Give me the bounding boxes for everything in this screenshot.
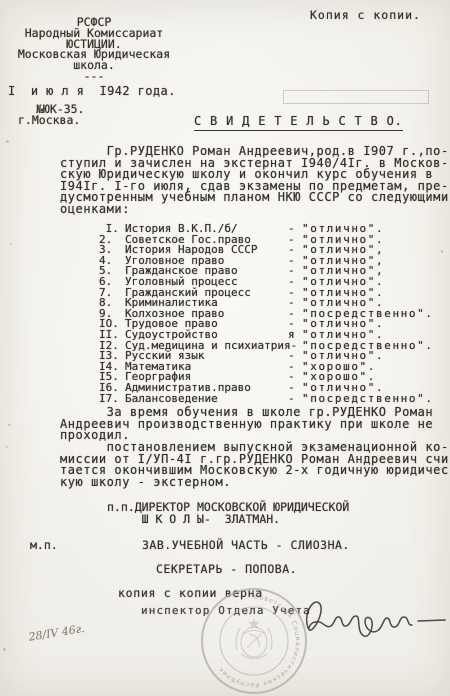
signature-dash [418,620,445,621]
scan-speck [6,140,9,143]
scan-speck [441,250,443,253]
round-stamp: Советских Социалистических Республик [197,584,312,696]
closing-paragraph-1: За время обучения в школе гр.РУДЕНКО Ром… [60,407,433,442]
letterhead: РСФСР Народный Комиссариат ЮСТИЦИИ. Моск… [8,17,180,82]
seal-placeholder-label: м.п. [30,538,58,552]
scan-artifact-box [283,90,429,104]
scan-speck [10,243,12,245]
copy-note: Копия с копии. [310,8,421,22]
scan-speck [6,446,8,448]
scan-speck [3,648,6,651]
handwritten-date-text: 28/IV 46г. [27,622,86,644]
subject-name: Балансоведение [125,394,288,405]
intro-paragraph: Гр.РУДЕНКО Роман Андреевич,род.в I907 г.… [60,146,449,216]
document-title: С В И Д Е Т Е Л Ь С Т В О. [194,114,403,131]
inspector-signature [298,590,448,642]
signature-stroke [307,602,412,636]
director-signature-line: п.п.ДИРЕКТОР МОСКОВСКОЙ ЮРИДИЧЕСКОЙ Ш К … [107,502,349,525]
secretary-line: СЕКРЕТАРЬ - ПОПОВА. [156,562,297,576]
scan-speck [8,424,11,426]
subject-num: I7. [99,394,125,405]
closing-paragraph-2: постановлением выпускной экзаменационной… [60,442,450,488]
document-page: Копия с копии. РСФСР Народный Комиссариа… [0,0,450,696]
head-of-studies-line: ЗАВ.УЧЕБНОЙ ЧАСТЬ - СЛИОЗНА. [142,538,350,552]
stamp-emblem [236,627,272,659]
subject-row: I7.Балансоведение-"посредственно". [99,394,434,405]
city-line: г.Москва. [18,113,80,127]
subject-grade: "посредственно". [302,394,434,405]
subjects-list: I.История В.К.П./б/-"отлично".2.Советско… [99,224,434,404]
subject-sep: - [288,394,302,405]
date-line: I и ю л я I942 года. [8,84,176,98]
handwritten-date: 28/IV 46г. [18,610,113,650]
